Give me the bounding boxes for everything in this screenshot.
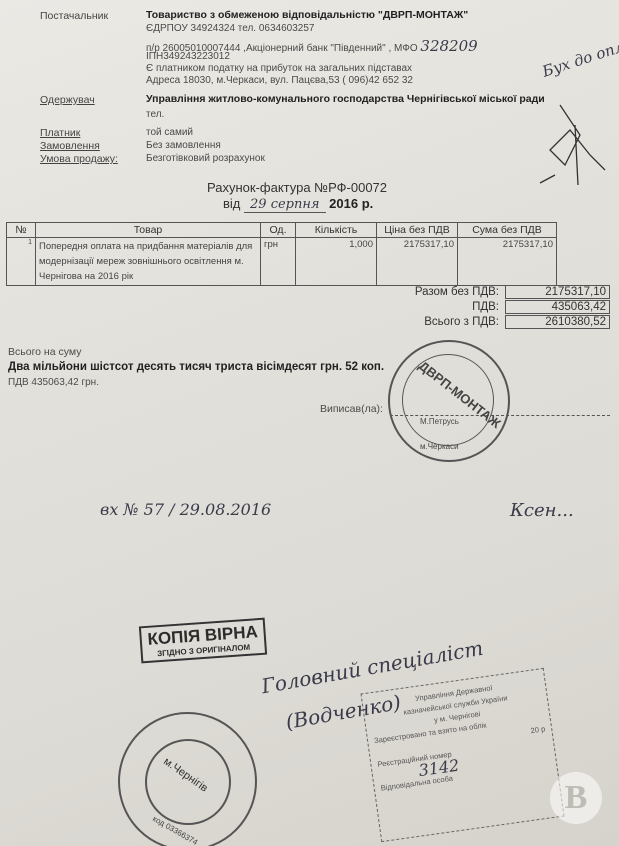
- sum-words-label: Всього на суму: [8, 346, 81, 358]
- date-handwritten: 29 серпня: [244, 197, 326, 213]
- handwritten-registration: вх № 57 / 29.08.2016: [100, 500, 271, 519]
- vat-label: ПДВ:: [472, 301, 499, 313]
- invoice-document: Постачальник Товариство з обмеженою відп…: [0, 0, 619, 846]
- sum-words-text: Два мільйони шістсот десять тисяч триста…: [8, 361, 384, 373]
- mfo-handwritten: 328209: [420, 37, 477, 55]
- copy-true-stamp: КОПІЯ ВІРНА ЗГІДНО З ОРИГІНАЛОМ: [139, 618, 267, 664]
- items-table: № Товар Од. Кількість Ціна без ПДВ Сума …: [6, 222, 557, 286]
- supplier-seal-city: м.Черкаси: [420, 442, 459, 451]
- table-header-row: № Товар Од. Кількість Ціна без ПДВ Сума …: [7, 223, 557, 238]
- header-qty: Кількість: [296, 223, 377, 238]
- invoice-title: Рахунок-фактура №РФ-00072: [207, 180, 387, 195]
- sum-words-vat: ПДВ 435063,42 грн.: [8, 377, 99, 388]
- date-prefix: від: [223, 196, 240, 211]
- row-sum: 2175317,10: [458, 238, 557, 286]
- sale-terms-label: Умова продажу:: [40, 153, 118, 165]
- header-unit: Од.: [261, 223, 296, 238]
- header-price: Ціна без ПДВ: [377, 223, 458, 238]
- supplier-ipn: ІПН349243223012: [146, 51, 230, 62]
- order-value: Без замовлення: [146, 140, 221, 151]
- handwritten-signature-right: Ксен...: [510, 500, 574, 521]
- row-no: 1: [7, 238, 36, 286]
- date-year: 2016 р.: [329, 196, 373, 211]
- supplier-label: Постачальник: [40, 10, 108, 22]
- handwritten-corner-note: Бух до оплати: [540, 27, 619, 80]
- vat-value: 435063,42: [505, 300, 610, 314]
- treasury-stamp: Управління Державної казначейської служб…: [360, 668, 564, 842]
- table-row: 1 Попередня оплата на придбання матеріал…: [7, 238, 557, 286]
- total-value: 2610380,52: [505, 315, 610, 329]
- row-qty: 1,000: [296, 238, 377, 286]
- row-price: 2175317,10: [377, 238, 458, 286]
- header-no: №: [7, 223, 36, 238]
- payer-label: Платник: [40, 127, 80, 139]
- supplier-seal: ДВРП-МОНТАЖ м.Черкаси: [388, 340, 510, 462]
- watermark-logo: В: [550, 772, 602, 824]
- supplier-tax-status: Є платником податку на прибуток на загал…: [146, 63, 412, 74]
- subtotal-value: 2175317,10: [505, 285, 610, 299]
- city-seal: м.Чернігів код 03366374: [118, 712, 257, 846]
- recipient-name: Управління житлово-комунального господар…: [146, 93, 545, 105]
- header-sum: Сума без ПДВ: [458, 223, 557, 238]
- issued-by-label: Виписав(ла):: [320, 403, 383, 415]
- sale-terms-value: Безготівковий розрахунок: [146, 153, 265, 164]
- header-item: Товар: [36, 223, 261, 238]
- payer-value: той самий: [146, 127, 193, 138]
- recipient-label: Одержувач: [40, 94, 95, 106]
- supplier-name: Товариство з обмеженою відповідальністю …: [146, 9, 468, 21]
- recipient-phone: тел.: [146, 109, 164, 120]
- order-label: Замовлення: [40, 140, 100, 152]
- subtotal-label: Разом без ПДВ:: [415, 286, 499, 298]
- supplier-edrpou: ЄДРПОУ 34924324 тел. 0634603257: [146, 23, 314, 34]
- row-unit: грн: [261, 238, 296, 286]
- total-label: Всього з ПДВ:: [424, 316, 499, 328]
- supplier-address: Адреса 18030, м.Черкаси, вул. Пацєва,53 …: [146, 75, 413, 86]
- signature-top-right: [520, 95, 615, 190]
- invoice-date: від 29 серпня 2016 р.: [223, 196, 373, 212]
- row-item: Попередня оплата на придбання матеріалів…: [36, 238, 261, 286]
